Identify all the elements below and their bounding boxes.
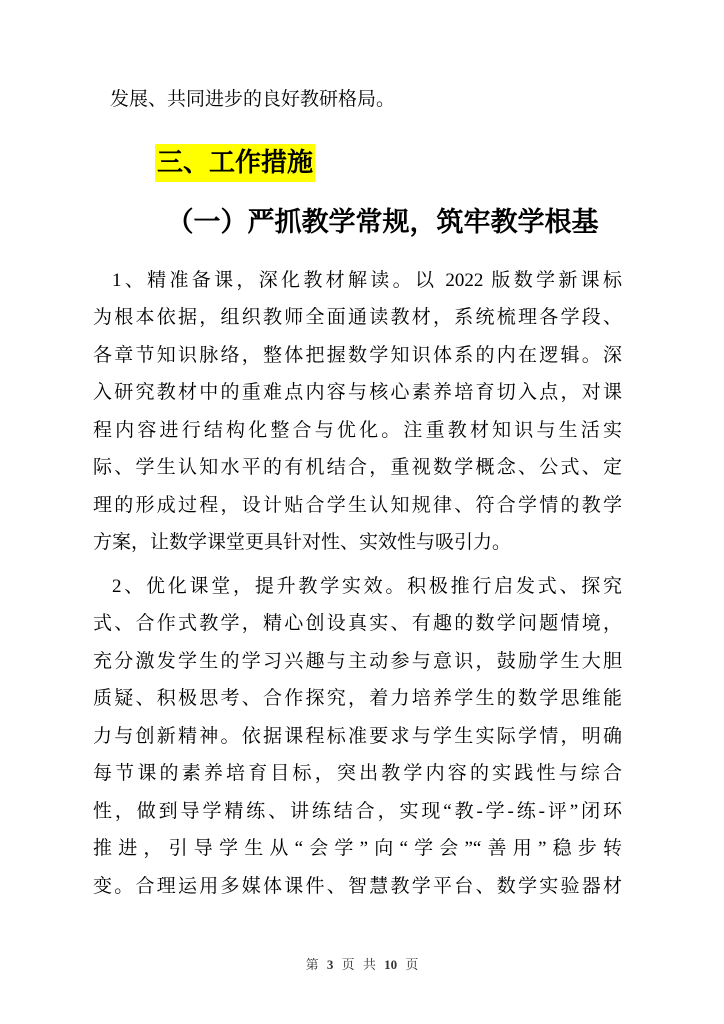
page-number-total: 10 [384, 957, 397, 972]
paragraph-1-line: 方案，让数学课堂更具针对性、实效性与吸引力。 [93, 524, 622, 562]
paragraph-2: 2、优化课堂，提升教学实效。积极推行启发式、探究 式、合作式教学，精心创设真实、… [93, 568, 622, 906]
paragraph-2-line: 推进，引导学生从“会学”向“学会”“善用”稳步转 [93, 830, 622, 868]
paragraph-2-line: 2、优化课堂，提升教学实效。积极推行启发式、探究 [93, 568, 622, 606]
document-body: 发展、共同进步的良好教研格局。 三、工作措施 （一）严抓教学常规，筑牢教学根基 … [93, 0, 622, 905]
paragraph-1-line: 理的形成过程，设计贴合学生认知规律、符合学情的教学 [93, 487, 622, 525]
paragraph-1-line: 各章节知识脉络，整体把握数学知识体系的内在逻辑。深 [93, 337, 622, 375]
document-page: 发展、共同进步的良好教研格局。 三、工作措施 （一）严抓教学常规，筑牢教学根基 … [0, 0, 724, 1024]
paragraph-2-line: 式、合作式教学，精心创设真实、有趣的数学问题情境， [93, 605, 622, 643]
paragraph-1-line: 程内容进行结构化整合与优化。注重教材知识与生活实 [93, 412, 622, 450]
page-footer: 第 3 页 共 10 页 [0, 955, 724, 975]
paragraph-1-line: 入研究教材中的重难点内容与核心素养培育切入点，对课 [93, 374, 622, 412]
paragraph-2-line: 性，做到导学精练、讲练结合，实现“教-学-练-评”闭环 [93, 793, 622, 831]
paragraph-1-line: 为根本依据，组织教师全面通读教材，系统梳理各学段、 [93, 299, 622, 337]
paragraph-2-line: 每节课的素养培育目标，突出教学内容的实践性与综合 [93, 755, 622, 793]
paragraph-1: 1、精准备课，深化教材解读。以 2022 版数学新课标 为根本依据，组织教师全面… [93, 262, 622, 562]
paragraph-2-line: 力与创新精神。依据课程标准要求与学生实际学情，明确 [93, 718, 622, 756]
paragraph-2-line: 充分激发学生的学习兴趣与主动参与意识，鼓励学生大胆 [93, 643, 622, 681]
section-heading: 三、工作措施 [155, 144, 622, 182]
footer-label-ye2: 页 [405, 957, 418, 972]
paragraph-1-line: 1、精准备课，深化教材解读。以 2022 版数学新课标 [93, 262, 622, 300]
subsection-heading: （一）严抓教学常规，筑牢教学根基 [93, 203, 622, 241]
paragraph-1-line: 际、学生认知水平的有机结合，重视数学概念、公式、定 [93, 449, 622, 487]
footer-label-gong: 共 [363, 957, 376, 972]
page-number-current: 3 [327, 957, 334, 972]
footer-label-di: 第 [306, 957, 319, 972]
paragraph-2-line: 变。合理运用多媒体课件、智慧教学平台、数学实验器材 [93, 868, 622, 906]
footer-label-ye: 页 [342, 957, 355, 972]
continuation-paragraph-line: 发展、共同进步的良好教研格局。 [93, 81, 622, 119]
section-heading-highlight: 三、工作措施 [155, 144, 315, 182]
paragraph-2-line: 质疑、积极思考、合作探究，着力培养学生的数学思维能 [93, 680, 622, 718]
